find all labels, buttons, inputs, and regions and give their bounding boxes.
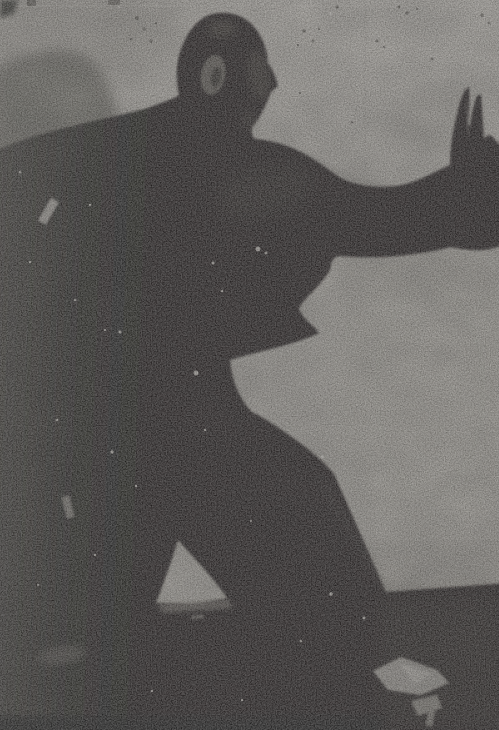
film-grain-light [0, 0, 499, 730]
photo-canvas [0, 0, 499, 730]
photograph [0, 0, 499, 730]
